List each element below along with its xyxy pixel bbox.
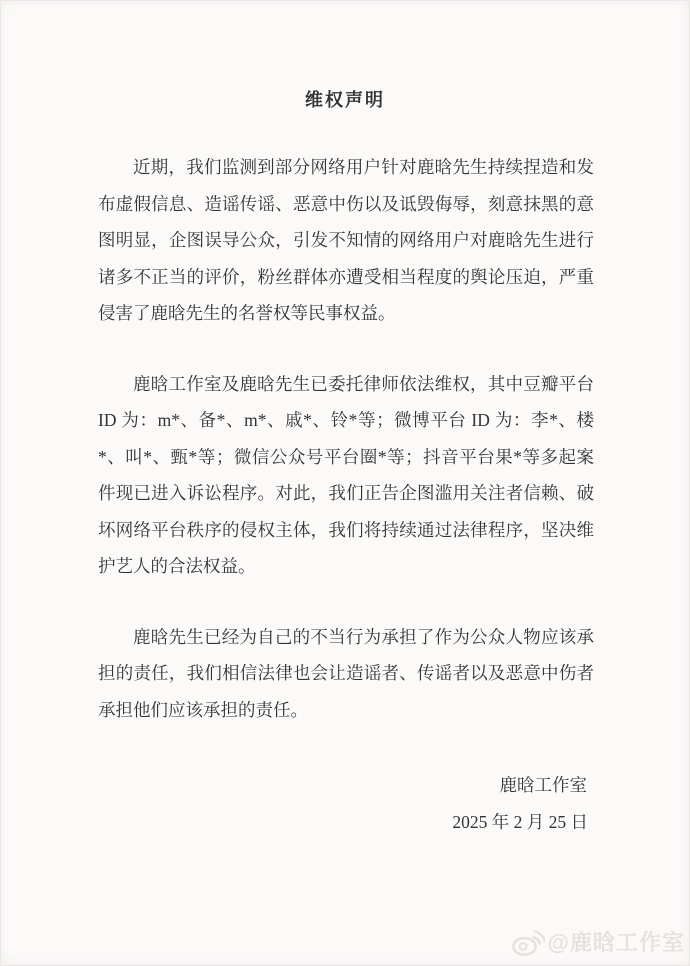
document-title: 维权声明	[0, 86, 690, 112]
weibo-logo-icon	[511, 927, 545, 957]
signature: 鹿晗工作室	[98, 767, 594, 804]
paragraph-1: 近期，我们监测到部分网络用户针对鹿晗先生持续捏造和发布虚假信息、造谣传谣、恶意中…	[98, 149, 594, 332]
paragraph-3: 鹿晗先生已经为自己的不当行为承担了作为公众人物应该承担的责任，我们相信法律也会让…	[98, 619, 594, 729]
date: 2025 年 2 月 25 日	[98, 804, 594, 841]
paragraph-2: 鹿晗工作室及鹿晗先生已委托律师依法维权，其中豆瓣平台 ID 为：m*、备*、m*…	[98, 366, 594, 585]
watermark-handle: @鹿晗工作室	[548, 926, 685, 957]
document-body: 近期，我们监测到部分网络用户针对鹿晗先生持续捏造和发布虚假信息、造谣传谣、恶意中…	[98, 149, 594, 762]
signature-block: 鹿晗工作室 2025 年 2 月 25 日	[98, 767, 594, 840]
weibo-watermark: @鹿晗工作室	[511, 926, 685, 957]
statement-document: 维权声明 近期，我们监测到部分网络用户针对鹿晗先生持续捏造和发布虚假信息、造谣传…	[0, 0, 690, 966]
